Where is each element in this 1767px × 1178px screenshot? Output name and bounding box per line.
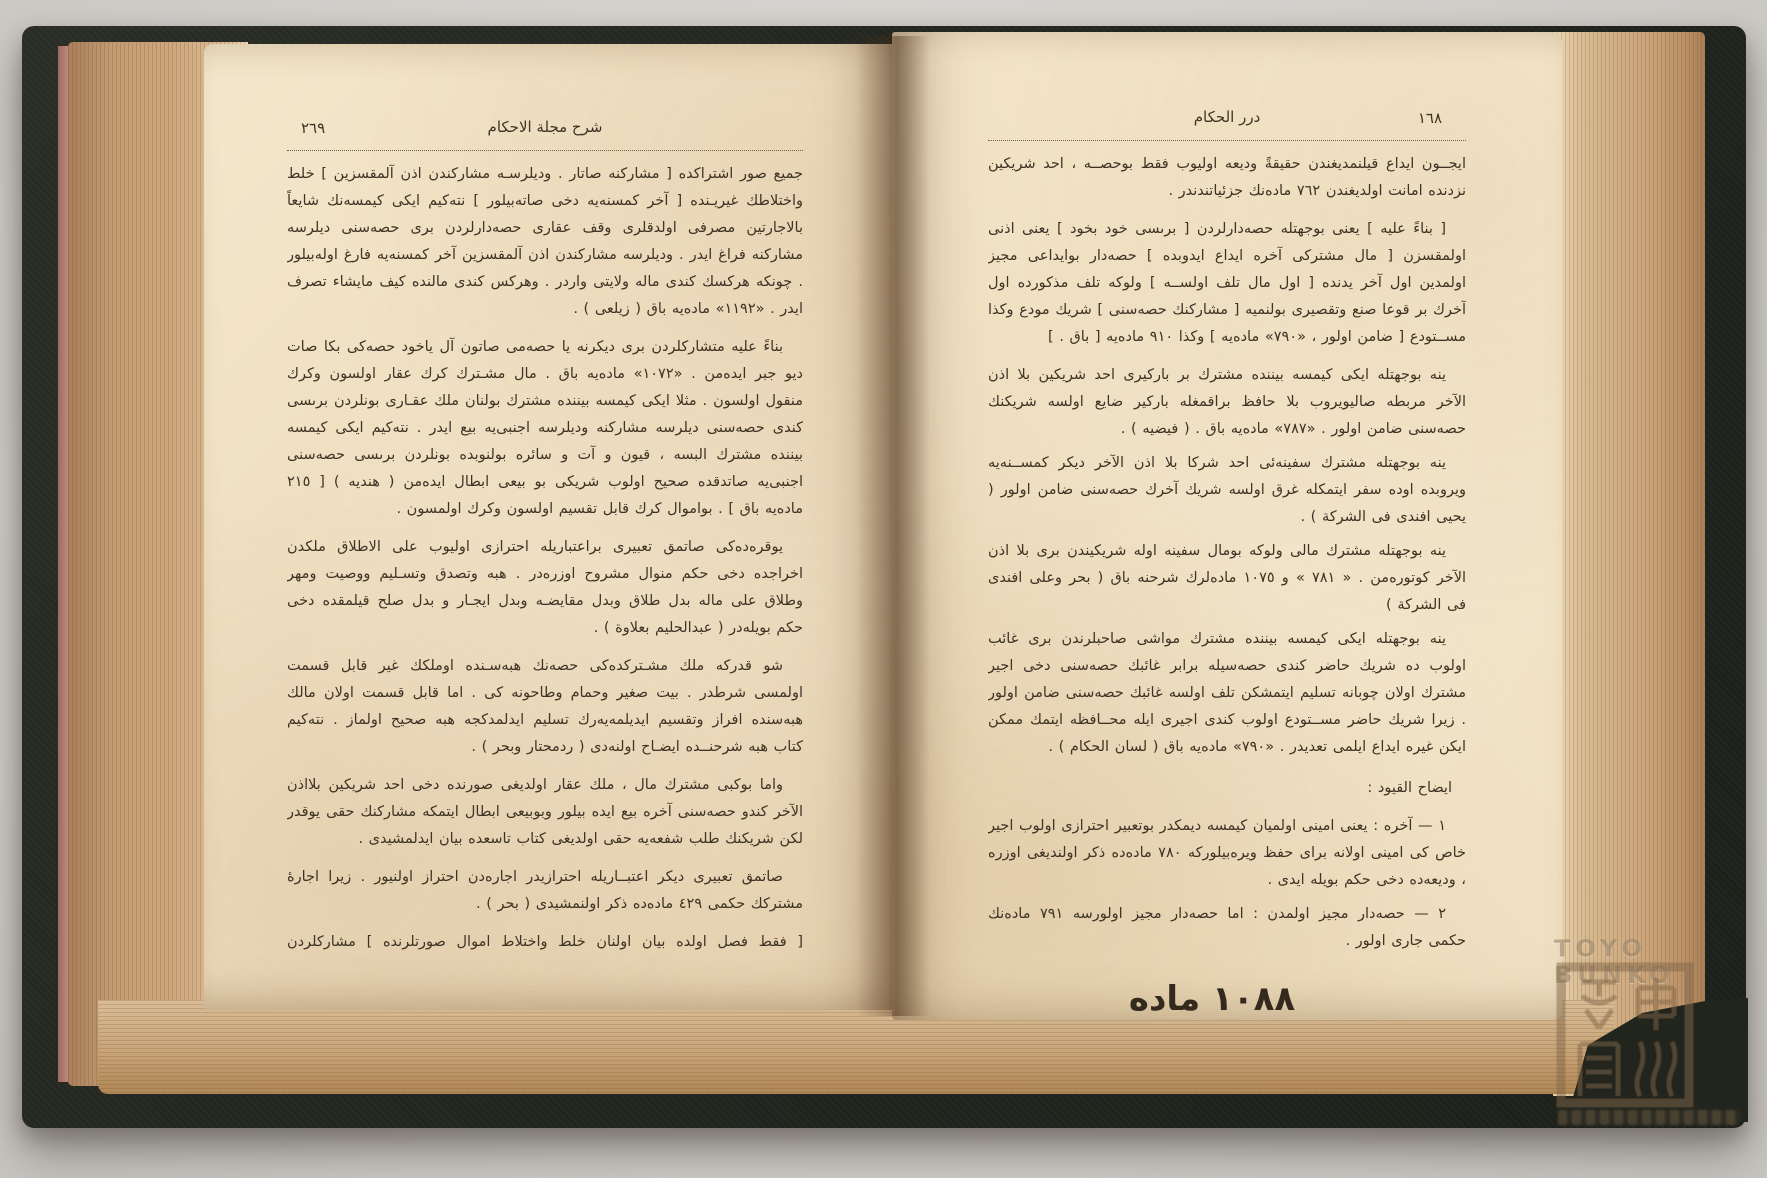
left-page-body: جميع صور اشتراكده [ مشاركنه صاتار . وديل… [287, 161, 803, 956]
body-paragraph: يوقره‌ده‌كى صاتمق تعبيرى براعتباريله احت… [287, 534, 803, 642]
note-item: ٢ — حصه‌دار مجيز اولمدن : اما حصه‌دار مج… [988, 901, 1466, 955]
right-running-title: درر الحكام [988, 108, 1466, 126]
left-running-title: شرح مجلة الاحكام [287, 118, 803, 136]
right-page-text: ١٦٨ درر الحكام ايجــون ايداع قيلنمديغندن… [988, 108, 1466, 1032]
page-block-edge-right [1553, 32, 1705, 1096]
right-page-header: ١٦٨ درر الحكام [988, 108, 1466, 141]
body-paragraph: ينه بوجهتله ايكى كيمسه بيننده مشترك بر ب… [988, 362, 1466, 443]
body-paragraph: شو قدركه ملك مشـتركده‌كى حصه‌نك هبه‌سـند… [287, 653, 803, 761]
note-item: ١ — آخره : يعنى امينى اولميان كيمسه ديمك… [988, 813, 1466, 894]
right-page-body: ايجــون ايداع قيلنمديغندن حقيقةً وديعه ا… [988, 151, 1466, 1032]
right-page-number: ١٦٨ [1418, 109, 1442, 127]
body-paragraph: [ بناءً عليه ] يعنى بوجهتله حصه‌دارلردن … [988, 216, 1466, 351]
body-paragraph: ينه بوجهتله مشترك مالى ولوكه بومال سفينه… [988, 538, 1466, 619]
photo-of-open-book: ٢٦٩ شرح مجلة الاحكام جميع صور اشتراكده [… [0, 0, 1767, 1178]
body-paragraph: ينه بوجهتله ايكى كيمسه بيننده مشترك مواش… [988, 626, 1466, 761]
body-paragraph: ايجــون ايداع قيلنمديغندن حقيقةً وديعه ا… [988, 151, 1466, 205]
body-paragraph: جميع صور اشتراكده [ مشاركنه صاتار . وديل… [287, 161, 803, 323]
article-number-heading: ١٠٨٨ ماده [988, 979, 1436, 1019]
body-paragraph: صاتمق تعبيرى ديكر اعتبــاريله احترازيدر … [287, 864, 803, 918]
body-paragraph: ينه بوجهتله مشترك سفينه‌ئى احد شركا بلا … [988, 450, 1466, 531]
left-page-header: ٢٦٩ شرح مجلة الاحكام [287, 118, 803, 151]
body-paragraph: واما بوكبى مشترك مال ، ملك عقار اولديغى … [287, 772, 803, 853]
section-heading: ايضاح القيود : [988, 775, 1466, 802]
left-page-text: ٢٦٩ شرح مجلة الاحكام جميع صور اشتراكده [… [287, 118, 803, 1018]
body-paragraph: [ فقط فصل اولده بيان اولنان خلط واختلاط … [287, 929, 803, 956]
body-paragraph: بناءً عليه متشاركلردن برى ديكرنه يا حصه‌… [287, 334, 803, 523]
left-page-number: ٢٦٩ [301, 119, 325, 137]
